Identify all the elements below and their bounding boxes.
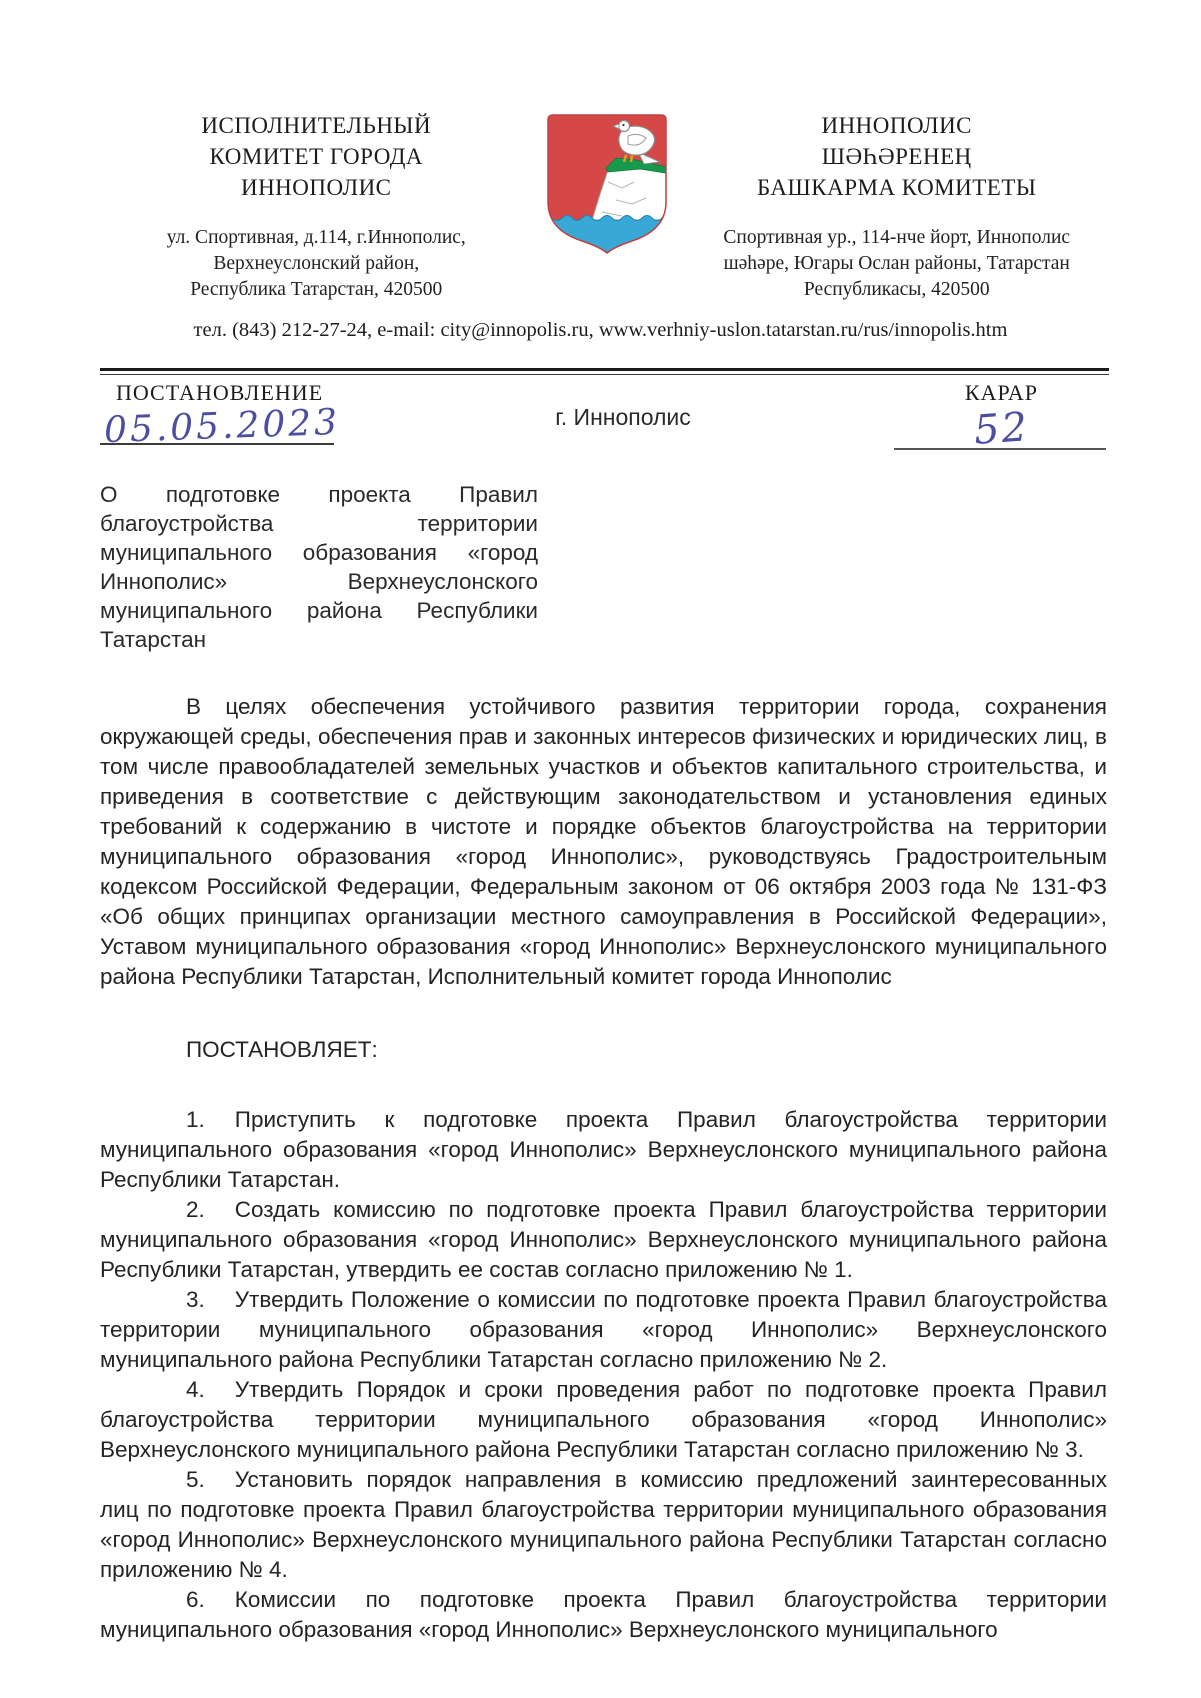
contact-line: тел. (843) 212-27-24, e-mail: city@innop… [0,319,1201,342]
header-separator-rule [100,368,1109,375]
resolution-item-1: 1.Приступить к подготовке проекта Правил… [100,1105,1107,1195]
resolution-item-3: 3.Утвердить Положение о комиссии по подг… [100,1285,1107,1375]
org-address-line: Республикасы, 420500 [681,277,1114,303]
org-address-line: Республика Татарстан, 420500 [100,277,533,303]
org-name-russian: ИСПОЛНИТЕЛЬНЫЙ КОМИТЕТ ГОРОДА ИННОПОЛИС [100,110,533,203]
letterhead-left-column: ИСПОЛНИТЕЛЬНЫЙ КОМИТЕТ ГОРОДА ИННОПОЛИС … [100,110,533,303]
org-name-line: ИСПОЛНИТЕЛЬНЫЙ [100,110,533,141]
org-address-russian: ул. Спортивная, д.114, г.Иннополис, Верх… [100,225,533,303]
document-subject: О подготовке проекта Правил благоустройс… [100,480,538,654]
item-number: 6. [186,1587,205,1612]
intro-paragraph: В целях обеспечения устойчивого развития… [100,692,1107,992]
document-meta-row: ПОСТАНОВЛЕНИЕ 05.05.2023 г. Иннополис КА… [100,380,1109,450]
resolution-block: ПОСТАНОВЛЕНИЕ 05.05.2023 [100,380,352,445]
item-text: Создать комиссию по подготовке проекта П… [100,1197,1107,1282]
org-address-line: шәһәре, Югары Ослан районы, Татарстан [681,251,1114,277]
resolution-items: 1.Приступить к подготовке проекта Правил… [100,1105,1107,1645]
org-name-line: КОМИТЕТ ГОРОДА [100,141,533,172]
org-address-line: Спортивная ур., 114-нче йорт, Иннополис [681,225,1114,251]
document-page: ИСПОЛНИТЕЛЬНЫЙ КОМИТЕТ ГОРОДА ИННОПОЛИС … [0,0,1201,1698]
letterhead-right-column: ИННОПОЛИС ШӘҺӘРЕНЕҢ БАШКАРМА КОМИТЕТЫ Сп… [681,110,1114,303]
item-number: 4. [186,1377,205,1402]
org-name-line: ШӘҺӘРЕНЕҢ [681,141,1114,172]
org-address-line: ул. Спортивная, д.114, г.Иннополис, [100,225,533,251]
resolution-item-4: 4.Утвердить Порядок и сроки проведения р… [100,1375,1107,1465]
org-name-line: ИННОПОЛИС [681,110,1114,141]
item-number: 2. [186,1197,205,1222]
org-address-line: Верхнеуслонский район, [100,251,533,277]
item-text: Приступить к подготовке проекта Правил б… [100,1107,1107,1192]
item-number: 5. [186,1467,205,1492]
org-name-line: ИННОПОЛИС [100,172,533,203]
item-number: 1. [186,1107,205,1132]
item-text: Утвердить Порядок и сроки проведения раб… [100,1377,1107,1462]
document-place: г. Иннополис [555,380,691,431]
item-text: Утвердить Положение о комиссии по подгот… [100,1287,1107,1372]
item-text: Комиссии по подготовке проекта Правил бл… [100,1587,1107,1642]
document-body: В целях обеспечения устойчивого развития… [100,692,1107,1645]
emblem-water [542,216,672,258]
org-address-tatar: Спортивная ур., 114-нче йорт, Иннополис … [681,225,1114,303]
resolves-label: ПОСТАНОВЛЯЕТ: [100,1035,1107,1065]
org-name-tatar: ИННОПОЛИС ШӘҺӘРЕНЕҢ БАШКАРМА КОМИТЕТЫ [681,110,1114,203]
resolution-item-6: 6.Комиссии по подготовке проекта Правил … [100,1585,1107,1645]
coat-of-arms-icon [542,112,672,257]
letterhead: ИСПОЛНИТЕЛЬНЫЙ КОМИТЕТ ГОРОДА ИННОПОЛИС … [0,0,1201,303]
resolution-item-2: 2.Создать комиссию по подготовке проекта… [100,1195,1107,1285]
handwritten-number: 52 [969,404,1035,454]
emblem-container [541,110,673,257]
item-text: Установить порядок направления в комисси… [100,1467,1107,1582]
item-number: 3. [186,1287,205,1312]
org-name-line: БАШКАРМА КОМИТЕТЫ [681,172,1114,203]
karar-block: КАРАР 52 [894,380,1109,450]
karar-label: КАРАР [894,380,1109,406]
resolution-item-5: 5.Установить порядок направления в комис… [100,1465,1107,1585]
handwritten-date: 05.05.2023 [99,402,346,454]
